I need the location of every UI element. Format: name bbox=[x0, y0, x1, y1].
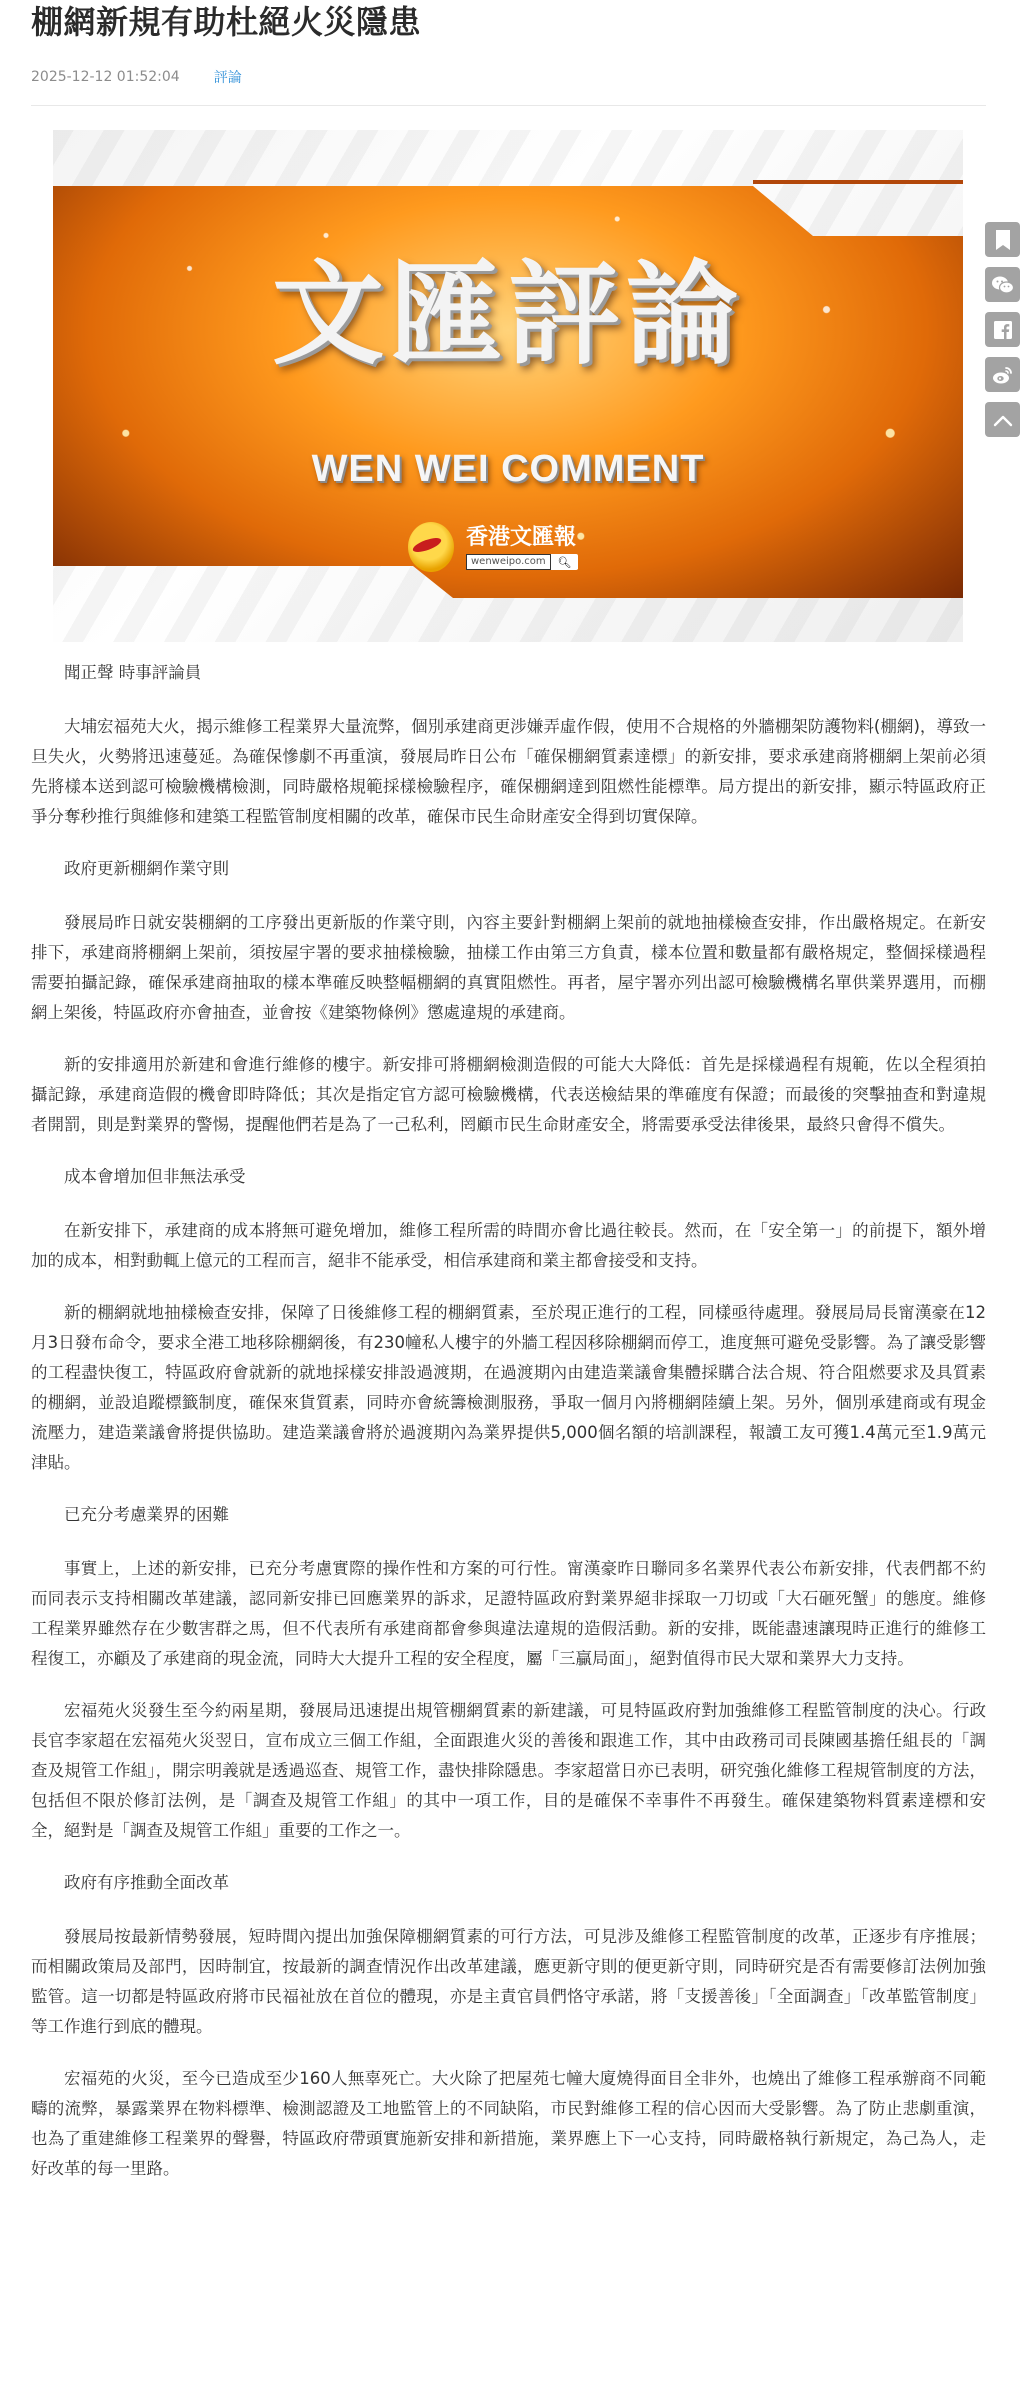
paragraph: 宏福苑的火災，至今已造成至少160人無辜死亡。大火除了把屋苑七幢大廈燒得面目全非… bbox=[31, 2064, 986, 2184]
article-meta: 2025-12-12 01:52:04 評論 bbox=[31, 66, 986, 88]
paragraph: 事實上，上述的新安排，已充分考慮實際的操作性和方案的可行性。甯漢豪昨日聯同多名業… bbox=[31, 1554, 986, 1674]
bookmark-icon bbox=[993, 229, 1013, 251]
paragraph: 發展局按最新情勢發展，短時間內提出加強保障棚網質素的可行方法，可見涉及維修工程監… bbox=[31, 1922, 986, 2042]
paragraph: 新的安排適用於新建和會進行維修的樓宇。新安排可將棚網檢測造假的可能大大降低：首先… bbox=[31, 1050, 986, 1140]
banner-searchbox: wenweipo.com 🔍︎ bbox=[466, 554, 578, 570]
publisher-name: 香港文匯報 bbox=[466, 524, 578, 550]
chevron-up-icon bbox=[993, 413, 1013, 427]
wechat-icon bbox=[991, 275, 1015, 295]
paragraph: 在新安排下，承建商的成本將無可避免增加，維修工程所需的時間亦會比過往較長。然而，… bbox=[31, 1216, 986, 1276]
publish-timestamp: 2025-12-12 01:52:04 bbox=[31, 69, 180, 85]
wechat-share-button[interactable] bbox=[985, 267, 1020, 302]
subheading: 已充分考慮業界的困難 bbox=[31, 1500, 986, 1530]
banner-edge bbox=[753, 180, 963, 244]
byline: 聞正聲 時事評論員 bbox=[31, 658, 986, 688]
banner-headline-cn: 文匯評論 bbox=[53, 250, 963, 380]
facebook-icon bbox=[993, 320, 1013, 340]
facebook-share-button[interactable] bbox=[985, 312, 1020, 347]
weibo-icon bbox=[992, 365, 1014, 385]
paragraph: 大埔宏福苑大火，揭示維修工程業界大量流弊，個別承建商更涉嫌弄虛作假，使用不合規格… bbox=[31, 712, 986, 832]
search-icon: 🔍︎ bbox=[551, 556, 578, 569]
article: 棚網新規有助杜絕火災隱患 2025-12-12 01:52:04 評論 文匯評論… bbox=[31, 0, 986, 2206]
subheading: 政府有序推動全面改革 bbox=[31, 1868, 986, 1898]
subheading: 成本會增加但非無法承受 bbox=[31, 1162, 986, 1192]
paragraph: 宏福苑火災發生至今約兩星期，發展局迅速提出規管棚網質素的新建議，可見特區政府對加… bbox=[31, 1696, 986, 1846]
back-to-top-button[interactable] bbox=[985, 402, 1020, 437]
bookmark-button[interactable] bbox=[985, 222, 1020, 257]
category-link[interactable]: 評論 bbox=[214, 67, 242, 87]
paragraph: 發展局昨日就安裝棚網的工序發出更新版的作業守則，內容主要針對棚網上架前的就地抽樣… bbox=[31, 908, 986, 1028]
article-body: 聞正聲 時事評論員 大埔宏福苑大火，揭示維修工程業界大量流弊，個別承建商更涉嫌弄… bbox=[31, 658, 986, 2184]
publisher-logo: 香港文匯報 wenweipo.com 🔍︎ bbox=[408, 522, 578, 572]
weibo-share-button[interactable] bbox=[985, 357, 1020, 392]
banner-headline-en: WEN WEI COMMENT bbox=[53, 448, 963, 491]
banner-graphic: 文匯評論 WEN WEI COMMENT 香港文匯報 wenweipo.com … bbox=[53, 130, 963, 642]
paragraph: 新的棚網就地抽樣檢查安排，保障了日後維修工程的棚網質素，至於現正進行的工程，同樣… bbox=[31, 1298, 986, 1478]
banner-site-url: wenweipo.com bbox=[466, 554, 551, 570]
side-share-toolbar bbox=[985, 222, 1021, 447]
subheading: 政府更新棚網作業守則 bbox=[31, 854, 986, 884]
banner-image: 文匯評論 WEN WEI COMMENT 香港文匯報 wenweipo.com … bbox=[31, 124, 971, 644]
article-title: 棚網新規有助杜絕火災隱患 bbox=[31, 0, 986, 42]
header-divider bbox=[31, 105, 986, 106]
publisher-emblem-icon bbox=[408, 522, 454, 572]
